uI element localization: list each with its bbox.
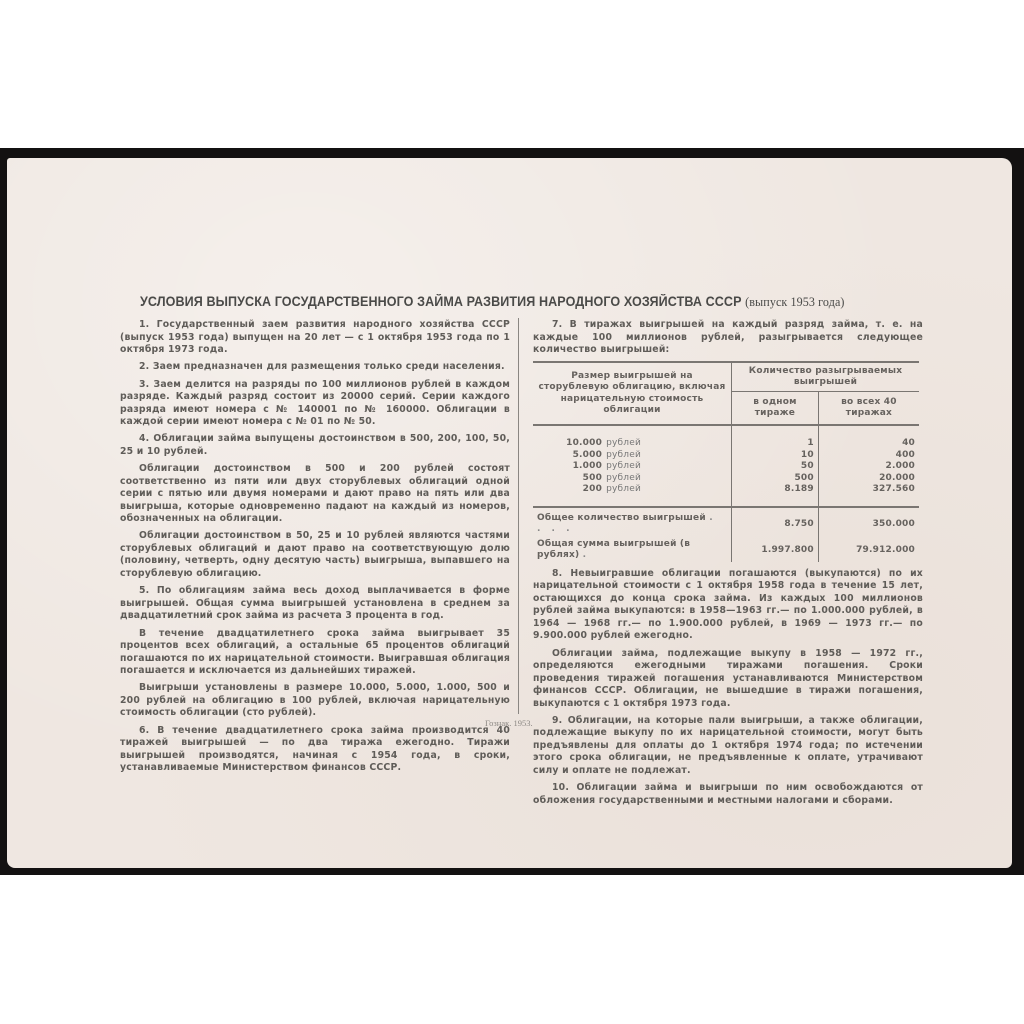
- prize-value: 10.000: [566, 438, 602, 448]
- title-main: УСЛОВИЯ ВЫПУСКА ГОСУДАРСТВЕННОГО ЗАЙМА Р…: [140, 294, 742, 309]
- condition-paragraph: 1. Государственный заем развития народно…: [120, 319, 510, 357]
- total-sum-one-draw: 1.997.800: [732, 536, 819, 562]
- total-count-all-draws: 350.000: [818, 507, 919, 536]
- count-one-draw: 10: [732, 450, 819, 462]
- count-all-draws: 2.000: [818, 461, 919, 473]
- condition-paragraph: 5. По облигациям займа весь доход выплач…: [120, 585, 510, 623]
- prize-unit: рублей: [606, 450, 641, 460]
- count-all-draws: 20.000: [818, 473, 919, 485]
- condition-paragraph: Облигации займа, подлежащие выкупу в 195…: [533, 648, 923, 711]
- header-one-draw: в одном тираже: [732, 392, 819, 426]
- leader-dots: .: [583, 550, 590, 560]
- prize-value: 1.000: [573, 461, 602, 471]
- left-column: 1. Государственный заем развития народно…: [120, 319, 510, 779]
- condition-paragraph: В течение двадцатилетнего срока займа вы…: [120, 628, 510, 678]
- document-title: УСЛОВИЯ ВЫПУСКА ГОСУДАРСТВЕННОГО ЗАЙМА Р…: [140, 294, 875, 310]
- condition-paragraph: 6. В течение двадцатилетнего срока займа…: [120, 725, 510, 775]
- condition-paragraph: Облигации достоинством в 500 и 200 рубле…: [120, 463, 510, 526]
- prize-value: 200: [583, 484, 602, 494]
- table-row: 5.000рублей 10 400: [533, 450, 919, 462]
- prize-unit: рублей: [606, 461, 641, 471]
- table-row: 10.000рублей 1 40: [533, 425, 919, 450]
- count-all-draws: 327.560: [818, 484, 919, 507]
- header-all-draws: во всех 40 тиражах: [818, 392, 919, 426]
- total-sum-all-draws: 79.912.000: [818, 536, 919, 562]
- header-prize-size: Размер выигрышей на сторублевую облигаци…: [533, 362, 732, 425]
- total-count-row: Общее количество выигрышей . . . . 8.750…: [533, 507, 919, 536]
- count-all-draws: 400: [818, 450, 919, 462]
- prize-value: 500: [583, 473, 602, 483]
- header-prize-count: Количество разыгрываемых выигрышей: [732, 362, 920, 392]
- condition-paragraph: 9. Облигации, на которые пали выигрыши, …: [533, 715, 923, 778]
- condition-paragraph: 2. Заем предназначен для размещения толь…: [120, 361, 510, 374]
- prize-value: 5.000: [573, 450, 602, 460]
- total-count-label: Общее количество выигрышей: [537, 513, 706, 523]
- condition-paragraph: 3. Заем делится на разряды по 100 миллио…: [120, 379, 510, 429]
- total-sum-label: Общая сумма выигрышей (в рублях): [537, 539, 690, 561]
- title-issue: (выпуск 1953 года): [745, 294, 844, 309]
- total-sum-row: Общая сумма выигрышей (в рублях) . 1.997…: [533, 536, 919, 562]
- count-one-draw: 500: [732, 473, 819, 485]
- total-count-one-draw: 8.750: [732, 507, 819, 536]
- condition-paragraph: 4. Облигации займа выпущены достоинством…: [120, 433, 510, 458]
- table-row: 200рублей 8.189 327.560: [533, 484, 919, 507]
- condition-paragraph: 10. Облигации займа и выигрыши по ним ос…: [533, 782, 923, 807]
- prize-table: Размер выигрышей на сторублевую облигаци…: [533, 361, 919, 562]
- right-column: 7. В тиражах выигрышей на каждый разряд …: [533, 319, 923, 812]
- prize-unit: рублей: [606, 484, 641, 494]
- table-row: 1.000рублей 50 2.000: [533, 461, 919, 473]
- condition-paragraph: 7. В тиражах выигрышей на каждый разряд …: [533, 319, 923, 357]
- count-one-draw: 1: [732, 425, 819, 450]
- condition-paragraph: 8. Невыигравшие облигации погашаются (вы…: [533, 568, 923, 643]
- count-all-draws: 40: [818, 425, 919, 450]
- column-divider: [518, 318, 519, 714]
- condition-paragraph: Облигации достоинством в 50, 25 и 10 руб…: [120, 530, 510, 580]
- condition-paragraph: Выигрыши установлены в размере 10.000, 5…: [120, 682, 510, 720]
- prize-unit: рублей: [606, 438, 641, 448]
- count-one-draw: 50: [732, 461, 819, 473]
- count-one-draw: 8.189: [732, 484, 819, 507]
- printer-imprint: Гознак. 1953.: [485, 718, 533, 728]
- prize-unit: рублей: [606, 473, 641, 483]
- table-row: 500рублей 500 20.000: [533, 473, 919, 485]
